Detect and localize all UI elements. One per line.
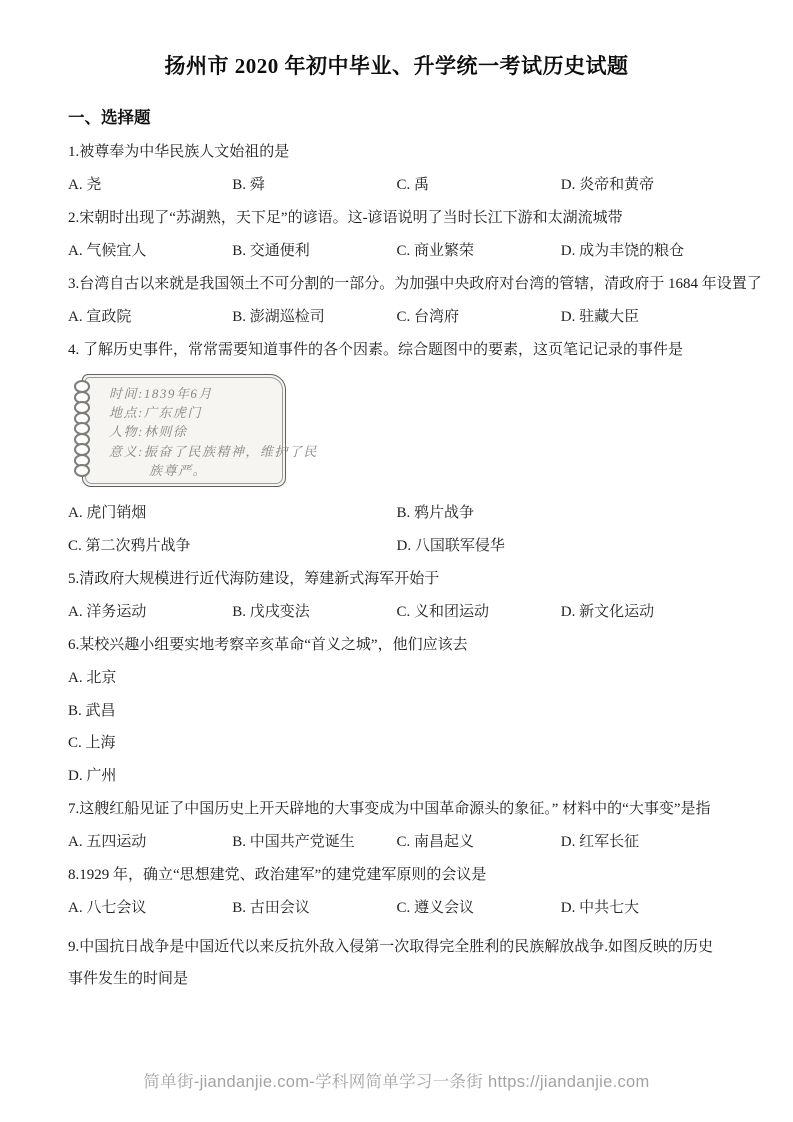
question-5-options: A. 洋务运动 B. 戊戌变法 C. 义和团运动 D. 新文化运动 — [68, 602, 725, 622]
option-d: D. 炎帝和黄帝 — [561, 175, 725, 195]
question-6-options: A. 北京 B. 武昌 C. 上海 D. 广州 — [68, 668, 725, 786]
option-b: B. 鸦片战争 — [397, 503, 726, 523]
option-a: A. 八七会议 — [68, 898, 232, 918]
question-6: 6.某校兴趣小组要实地考察辛亥革命“首义之城”，他们应该去 A. 北京 B. 武… — [68, 635, 725, 786]
option-a: A. 洋务运动 — [68, 602, 232, 622]
option-d: D. 红军长征 — [561, 832, 725, 852]
question-7-options: A. 五四运动 B. 中国共产党诞生 C. 南昌起义 D. 红军长征 — [68, 832, 725, 852]
option-a: A. 北京 — [68, 668, 725, 688]
question-1-options: A. 尧 B. 舜 C. 禹 D. 炎帝和黄帝 — [68, 175, 725, 195]
question-4-options: A. 虎门销烟 B. 鸦片战争 C. 第二次鸦片战争 D. 八国联军侵华 — [68, 503, 725, 556]
question-7: 7.这艘红船见证了中国历史上开天辟地的大事变成为中国革命源头的象征。” 材料中的… — [68, 799, 725, 852]
option-a: A. 五四运动 — [68, 832, 232, 852]
option-b: B. 交通便利 — [232, 241, 396, 261]
question-8-stem: 8.1929 年，确立“思想建党、政治建军”的建党建军原则的会议是 — [68, 865, 725, 885]
spiral-binding-icon — [74, 380, 90, 475]
notebook-line-place: 地点:广东虎门 — [109, 403, 277, 422]
question-2-stem: 2.宋朝时出现了“苏湖熟，天下足”的谚语。这-谚语说明了当时长江下游和太湖流城带 — [68, 208, 725, 228]
question-4: 4. 了解历史事件，常常需要知道事件的各个因素。综合题图中的要素，这页笔记记录的… — [68, 340, 725, 556]
option-d: D. 八国联军侵华 — [397, 536, 726, 556]
option-b: B. 戊戌变法 — [232, 602, 396, 622]
notebook-line-meaning: 意义:振奋了民族精神，维护了民 — [109, 442, 277, 461]
question-6-stem: 6.某校兴趣小组要实地考察辛亥革命“首义之城”，他们应该去 — [68, 635, 725, 655]
option-b: B. 中国共产党诞生 — [232, 832, 396, 852]
option-c: C. 南昌起义 — [397, 832, 561, 852]
notebook-line-meaning-cont: 族尊严。 — [109, 461, 277, 480]
option-c: C. 遵义会议 — [397, 898, 561, 918]
option-b: B. 武昌 — [68, 701, 725, 721]
question-1-stem: 1.被尊奉为中华民族人文始祖的是 — [68, 142, 725, 162]
question-9-stem: 9.中国抗日战争是中国近代以来反抗外敌入侵第一次取得完全胜利的民族解放战争.如图… — [68, 931, 725, 995]
option-a: A. 宣政院 — [68, 307, 232, 327]
section-header: 一、选择题 — [68, 104, 725, 128]
option-d: D. 新文化运动 — [561, 602, 725, 622]
option-b: B. 古田会议 — [232, 898, 396, 918]
question-1: 1.被尊奉为中华民族人文始祖的是 A. 尧 B. 舜 C. 禹 D. 炎帝和黄帝 — [68, 142, 725, 195]
question-3-stem: 3.台湾自古以来就是我国领土不可分割的一部分。为加强中央政府对台湾的管辖，清政府… — [68, 274, 725, 294]
question-8-options: A. 八七会议 B. 古田会议 C. 遵义会议 D. 中共七大 — [68, 898, 725, 918]
notebook-text: 时间:1839年6月 地点:广东虎门 人物:林则徐 意义:振奋了民族精神，维护了… — [109, 384, 277, 480]
option-b: B. 澎湖巡检司 — [232, 307, 396, 327]
option-d: D. 广州 — [68, 766, 725, 786]
option-d: D. 驻藏大臣 — [561, 307, 725, 327]
question-3-options: A. 宣政院 B. 澎湖巡检司 C. 台湾府 D. 驻藏大臣 — [68, 307, 725, 327]
page-title: 扬州市 2020 年初中毕业、升学统一考试历史试题 — [68, 50, 725, 80]
question-9: 9.中国抗日战争是中国近代以来反抗外敌入侵第一次取得完全胜利的民族解放战争.如图… — [68, 931, 725, 995]
question-3: 3.台湾自古以来就是我国领土不可分割的一部分。为加强中央政府对台湾的管辖，清政府… — [68, 274, 725, 327]
question-8: 8.1929 年，确立“思想建党、政治建军”的建党建军原则的会议是 A. 八七会… — [68, 865, 725, 918]
question-5: 5.清政府大规模进行近代海防建设，筹建新式海军开始于 A. 洋务运动 B. 戊戌… — [68, 569, 725, 622]
question-7-stem: 7.这艘红船见证了中国历史上开天辟地的大事变成为中国革命源头的象征。” 材料中的… — [68, 799, 725, 819]
option-d: D. 成为丰饶的粮仓 — [561, 241, 725, 261]
option-c: C. 商业繁荣 — [397, 241, 561, 261]
notebook-figure: 时间:1839年6月 地点:广东虎门 人物:林则徐 意义:振奋了民族精神，维护了… — [82, 374, 286, 487]
option-a: A. 虎门销烟 — [68, 503, 397, 523]
notebook-line-time: 时间:1839年6月 — [109, 384, 277, 403]
footer-watermark: 简单街-jiandanjie.com-学科网简单学习一条街 https://ji… — [0, 1068, 793, 1092]
exam-page: 扬州市 2020 年初中毕业、升学统一考试历史试题 一、选择题 1.被尊奉为中华… — [0, 0, 793, 995]
option-a: A. 尧 — [68, 175, 232, 195]
notebook-line-person: 人物:林则徐 — [109, 422, 277, 441]
option-c: C. 上海 — [68, 733, 725, 753]
question-2-options: A. 气候宜人 B. 交通便利 C. 商业繁荣 D. 成为丰饶的粮仓 — [68, 241, 725, 261]
question-5-stem: 5.清政府大规模进行近代海防建设，筹建新式海军开始于 — [68, 569, 725, 589]
option-b: B. 舜 — [232, 175, 396, 195]
option-c: C. 第二次鸦片战争 — [68, 536, 397, 556]
question-4-stem: 4. 了解历史事件，常常需要知道事件的各个因素。综合题图中的要素，这页笔记记录的… — [68, 340, 725, 360]
option-c: C. 义和团运动 — [397, 602, 561, 622]
option-c: C. 台湾府 — [397, 307, 561, 327]
question-2: 2.宋朝时出现了“苏湖熟，天下足”的谚语。这-谚语说明了当时长江下游和太湖流城带… — [68, 208, 725, 261]
option-c: C. 禹 — [397, 175, 561, 195]
option-d: D. 中共七大 — [561, 898, 725, 918]
option-a: A. 气候宜人 — [68, 241, 232, 261]
